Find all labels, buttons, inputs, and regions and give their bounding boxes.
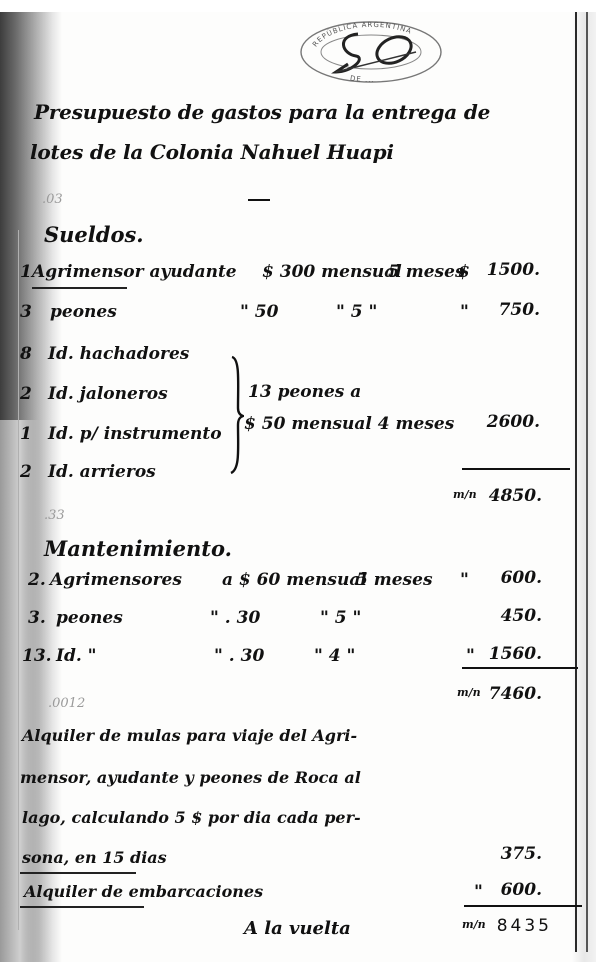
sueldo-months: 5 meses — [388, 262, 465, 282]
sueldo-item: Id. arrieros — [48, 462, 156, 482]
sueldo-qty: 1 — [20, 262, 32, 282]
grouping-brace-icon — [228, 353, 244, 475]
document-page: REPÚBLICA ARGENTINA DE ... Presupuesto d… — [0, 0, 596, 962]
underline — [20, 872, 136, 874]
mulas-desc-line4: sona, en 15 dias — [22, 848, 167, 867]
mant-item: Agrimensores — [50, 570, 182, 590]
embarcaciones-label: Alquiler de embarcaciones — [24, 882, 263, 901]
scan-top-margin — [0, 0, 596, 12]
mulas-desc-line3: lago, calculando 5 $ por dia cada per- — [22, 808, 361, 827]
sueldos-subtotal: 4850. — [470, 486, 542, 506]
sueldo-qty: 2 — [20, 462, 32, 482]
dash-mark — [248, 199, 270, 201]
sueldo-months: " 5 " — [336, 302, 377, 322]
bleed-through-mark: .33 — [44, 508, 65, 523]
document-title-line2: lotes de la Colonia Nahuel Huapi — [30, 140, 394, 164]
embarcaciones-amount: 600. — [470, 880, 542, 900]
bleed-through-mark: .03 — [42, 192, 63, 207]
mant-months: 5 meses — [356, 570, 433, 590]
sum-rule — [464, 905, 582, 907]
mant-item: Id. " — [56, 646, 97, 666]
section-heading-sueldos: Sueldos. — [44, 222, 144, 247]
sueldo-unit: $ — [458, 262, 470, 282]
mulas-amount: 375. — [470, 844, 542, 864]
sueldo-amount: 1500. — [470, 260, 540, 280]
group-amount: 2600. — [470, 412, 540, 432]
sueldo-item: Id. jaloneros — [48, 384, 168, 404]
mulas-desc-line2: mensor, ayudante y peones de Roca al — [20, 768, 361, 787]
svg-text:DE ...: DE ... — [350, 74, 375, 84]
carry-forward-total: 8435 — [480, 916, 552, 936]
sueldo-item: Id. hachadores — [48, 344, 189, 364]
sueldo-rate: " 50 — [240, 302, 278, 322]
underline — [32, 287, 127, 289]
mulas-desc-line1: Alquiler de mulas para viaje del Agri- — [22, 726, 357, 745]
republica-argentina-stamp: REPÚBLICA ARGENTINA DE ... — [296, 14, 446, 84]
mant-qty: 13. — [22, 646, 52, 666]
sueldo-qty: 3 — [20, 302, 32, 322]
sueldo-amount: 750. — [470, 300, 540, 320]
binding-shadow-lower — [0, 420, 40, 962]
document-title-line1: Presupuesto de gastos para la entrega de — [34, 100, 490, 124]
sum-rule — [462, 468, 570, 470]
mant-months: " 4 " — [314, 646, 355, 666]
mant-qty: 2. — [28, 570, 46, 590]
right-margin-rule-outer — [586, 12, 588, 952]
sueldo-item: Agrimensor ayudante — [32, 262, 237, 282]
mant-item: peones — [56, 608, 123, 628]
mant-amount: 600. — [470, 568, 542, 588]
sueldo-qty: 8 — [20, 344, 32, 364]
bleed-through-mark: .0012 — [48, 696, 85, 711]
mant-unit: " — [460, 570, 469, 590]
left-margin-rule — [18, 230, 19, 930]
sueldo-unit: " — [460, 302, 469, 322]
mant-rate: " . 30 — [214, 646, 264, 666]
sum-rule — [462, 667, 578, 669]
carry-forward-label: A la vuelta — [244, 918, 351, 939]
sueldo-qty: 2 — [20, 384, 32, 404]
stamp-seal-icon: REPÚBLICA ARGENTINA DE ... — [296, 14, 446, 84]
sueldo-rate: $ 300 mensual — [262, 262, 402, 282]
group-note-rate: $ 50 mensual 4 meses — [244, 414, 454, 434]
sueldo-item: peones — [50, 302, 117, 322]
mant-months: " 5 " — [320, 608, 361, 628]
mantenimiento-subtotal: 7460. — [470, 684, 542, 704]
sueldo-qty: 1 — [20, 424, 32, 444]
right-margin-rule — [575, 12, 577, 952]
sueldo-item: Id. p/ instrumento — [48, 424, 222, 444]
group-note: 13 peones a — [248, 382, 361, 402]
mant-rate: a $ 60 mensual — [222, 570, 367, 590]
mant-amount: 1560. — [470, 644, 542, 664]
mant-rate: " . 30 — [210, 608, 260, 628]
underline — [20, 906, 144, 908]
mant-qty: 3. — [28, 608, 46, 628]
section-heading-mantenimiento: Mantenimiento. — [44, 536, 232, 561]
mant-amount: 450. — [470, 606, 542, 626]
